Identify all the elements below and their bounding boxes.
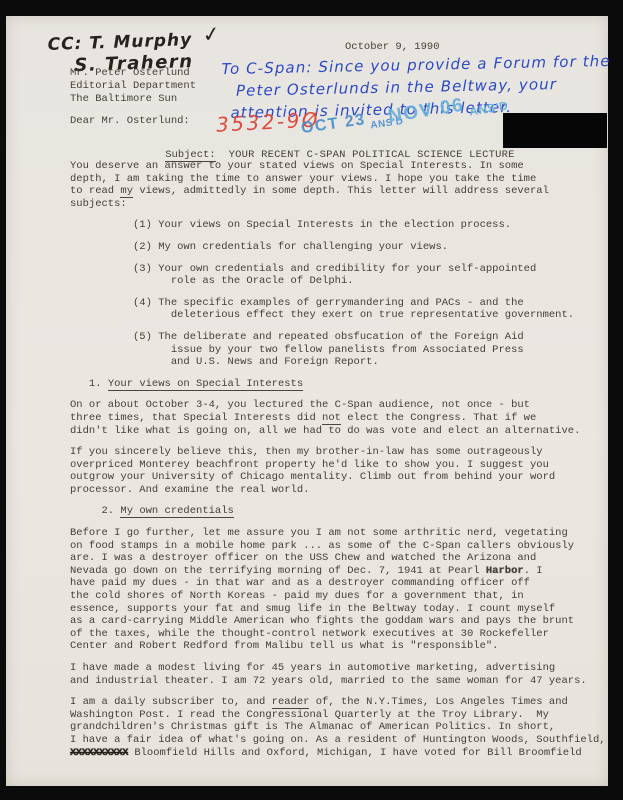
paragraph: If you sincerely believe this, then my b… (70, 446, 610, 496)
date: October 9, 1990 (345, 41, 440, 53)
salutation: Dear Mr. Osterlund: (70, 115, 190, 127)
paragraph: On or about October 3-4, you lectured th… (70, 399, 610, 437)
recipient-address: Mr. Peter OsterlundEditorial DepartmentT… (70, 67, 196, 107)
paragraph: I have made a modest living for 45 years… (70, 662, 610, 687)
paper: CC: T. Murphy✓ S. Trahern October 9, 199… (6, 16, 608, 786)
redaction-bar (503, 113, 607, 148)
letter-body: You deserve an answer to your stated vie… (70, 160, 610, 768)
paragraph: (1) Your views on Special Interests in t… (70, 219, 610, 232)
paragraph: (5) The deliberate and repeated obsfucat… (70, 331, 610, 369)
checkmark-icon: ✓ (200, 21, 222, 47)
paragraph: (3) Your own credentials and credibility… (70, 263, 610, 288)
paragraph: 2. My own credentials (70, 505, 610, 518)
paragraph: I am a daily subscriber to, and reader o… (70, 696, 610, 759)
paragraph: Before I go further, let me assure you I… (70, 527, 610, 653)
paragraph: You deserve an answer to your stated vie… (70, 160, 610, 210)
address-line: Editorial Department (70, 80, 196, 93)
address-line: The Baltimore Sun (70, 93, 196, 106)
paragraph: (2) My own credentials for challenging y… (70, 241, 610, 254)
paragraph: 1. Your views on Special Interests (70, 378, 610, 391)
paragraph: (4) The specific examples of gerrymander… (70, 297, 610, 322)
address-line: Mr. Peter Osterlund (70, 67, 196, 80)
